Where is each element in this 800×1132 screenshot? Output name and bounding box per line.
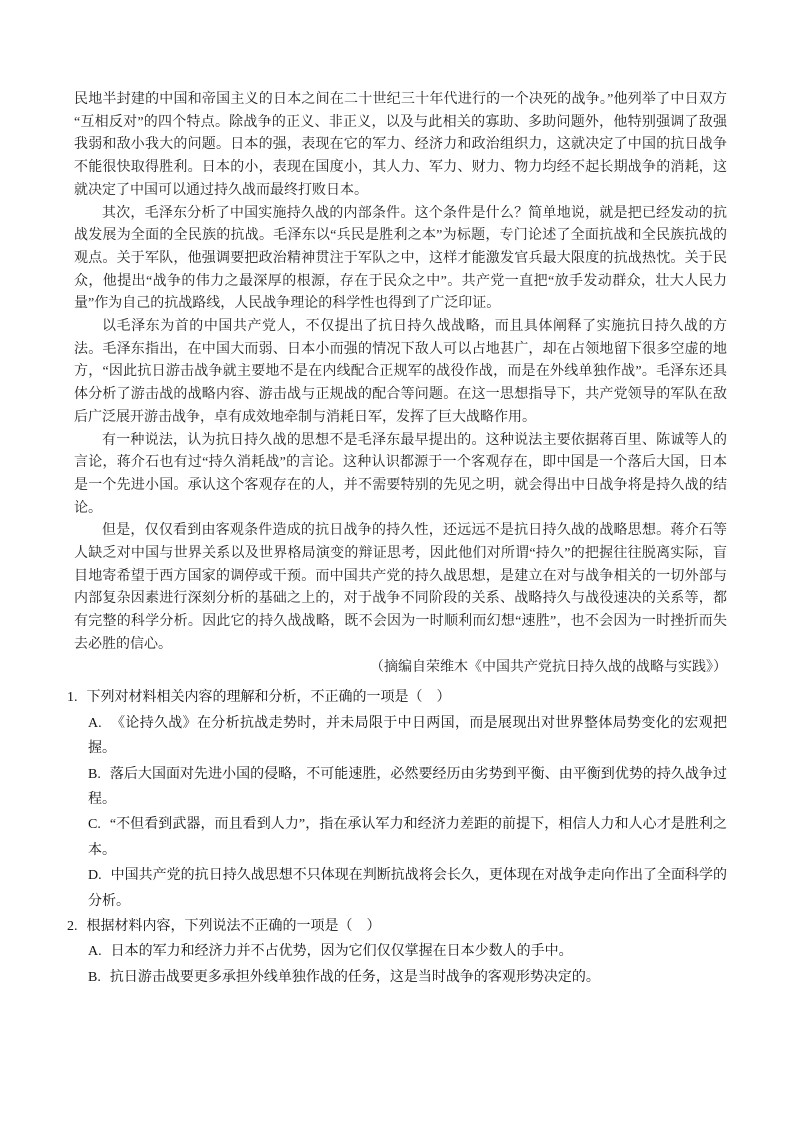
page-content: 民地半封建的中国和帝国主义的日本之间在二十世纪三十年代进行的一个决死的战争。”他… <box>74 89 727 990</box>
question-2: 2.根据材料内容，下列说法不正确的一项是（ ） A.日本的军力和经济力并不占优势… <box>67 914 727 990</box>
question-1-stem: 1.下列对材料相关内容的理解和分析，不正确的一项是（ ） <box>67 685 727 710</box>
document-page: 民地半封建的中国和帝国主义的日本之间在二十世纪三十年代进行的一个决死的战争。”他… <box>0 0 800 1132</box>
question-1-option-d: D.中国共产党的抗日持久战思想不只体现在判断抗战将会长久，更体现在对战争走向作出… <box>88 863 727 914</box>
option-b-label: B. <box>88 767 101 782</box>
option-a-text: 日本的军力和经济力并不占优势，因为它们仅仅掌握在日本少数人的手中。 <box>111 944 573 959</box>
question-1-option-a: A.《论持久战》在分析抗战走势时，并未局限于中日两国，而是展现出对世界整体局势变… <box>88 711 727 762</box>
passage-paragraph-5: 但是，仅仅看到由客观条件造成的抗日战争的持久性，还远远不是抗日持久战的战略思想。… <box>74 520 727 656</box>
question-1-number: 1. <box>67 685 78 710</box>
question-2-stem-text: 根据材料内容，下列说法不正确的一项是（ ） <box>87 919 381 934</box>
question-1: 1.下列对材料相关内容的理解和分析，不正确的一项是（ ） A.《论持久战》在分析… <box>67 685 727 914</box>
reading-passage: 民地半封建的中国和帝国主义的日本之间在二十世纪三十年代进行的一个决死的战争。”他… <box>74 89 727 679</box>
option-d-text: 中国共产党的抗日持久战思想不只体现在判断抗战将会长久，更体现在对战争走向作出了全… <box>88 868 727 908</box>
option-a-text: 《论持久战》在分析抗战走势时，并未局限于中日两国，而是展现出对世界整体局势变化的… <box>88 716 727 756</box>
option-b-text: 抗日游击战要更多承担外线单独作战的任务，这是当时战争的客观形势决定的。 <box>110 970 600 985</box>
passage-paragraph-2: 其次，毛泽东分析了中国实施持久战的内部条件。这个条件是什么？简单地说，就是把已经… <box>74 203 727 317</box>
question-2-stem: 2.根据材料内容，下列说法不正确的一项是（ ） <box>67 914 727 939</box>
passage-paragraph-1: 民地半封建的中国和帝国主义的日本之间在二十世纪三十年代进行的一个决死的战争。”他… <box>74 89 727 203</box>
question-1-option-c: C.“不但看到武器，而且看到人力”，指在承认军力和经济力差距的前提下，相信人力和… <box>88 812 727 863</box>
option-a-label: A. <box>88 944 102 959</box>
question-2-option-b: B.抗日游击战要更多承担外线单独作战的任务，这是当时战争的客观形势决定的。 <box>88 965 727 990</box>
passage-paragraph-3: 以毛泽东为首的中国共产党人，不仅提出了抗日持久战战略，而且具体阐释了实施抗日持久… <box>74 316 727 430</box>
option-c-text: “不但看到武器，而且看到人力”，指在承认军力和经济力差距的前提下，相信人力和人心… <box>88 817 727 857</box>
option-b-text: 落后大国面对先进小国的侵略，不可能速胜，必然要经历由劣势到平衡、由平衡到优势的持… <box>88 767 727 807</box>
question-1-stem-text: 下列对材料相关内容的理解和分析，不正确的一项是（ ） <box>87 690 451 705</box>
passage-paragraph-4: 有一种说法，认为抗日持久战的思想不是毛泽东最早提出的。这种说法主要依据蒋百里、陈… <box>74 430 727 521</box>
question-2-option-a: A.日本的军力和经济力并不占优势，因为它们仅仅掌握在日本少数人的手中。 <box>88 939 727 964</box>
passage-citation: （摘编自荣维木《中国共产党抗日持久战的战略与实践》） <box>74 657 727 680</box>
question-1-option-b: B.落后大国面对先进小国的侵略，不可能速胜，必然要经历由劣势到平衡、由平衡到优势… <box>88 762 727 813</box>
option-d-label: D. <box>88 868 102 883</box>
question-2-options: A.日本的军力和经济力并不占优势，因为它们仅仅掌握在日本少数人的手中。 B.抗日… <box>88 939 727 990</box>
questions-section: 1.下列对材料相关内容的理解和分析，不正确的一项是（ ） A.《论持久战》在分析… <box>67 685 727 990</box>
question-2-number: 2. <box>67 914 78 939</box>
option-a-label: A. <box>88 716 102 731</box>
option-c-label: C. <box>88 817 101 832</box>
question-1-options: A.《论持久战》在分析抗战走势时，并未局限于中日两国，而是展现出对世界整体局势变… <box>88 711 727 914</box>
option-b-label: B. <box>88 970 101 985</box>
